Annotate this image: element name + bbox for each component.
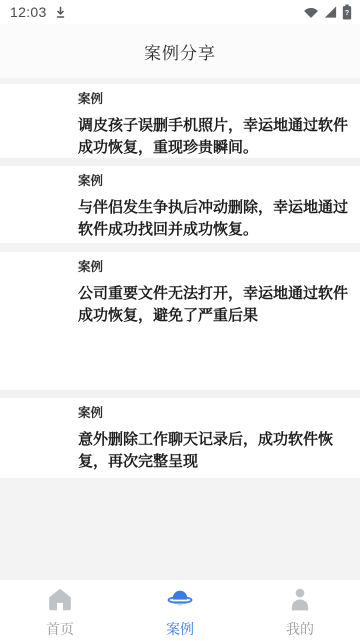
cellular-signal-icon [323, 5, 338, 19]
tab-mine-label: 我的 [286, 619, 314, 639]
case-card[interactable]: 案例 与伴侣发生争执后冲动删除，幸运地通过软件成功找回并成功恢复。 [0, 166, 360, 243]
tab-home[interactable]: 首页 [0, 580, 120, 641]
case-card[interactable]: 案例 调皮孩子误删手机照片，幸运地通过软件成功恢复，重现珍贵瞬间。 [0, 84, 360, 158]
download-icon [54, 6, 67, 19]
user-icon [287, 587, 313, 616]
status-bar: 12:03 ? [0, 0, 360, 24]
home-icon [47, 587, 73, 616]
case-label: 案例 [78, 406, 350, 421]
case-text: 公司重要文件无法打开，幸运地通过软件成功恢复，避免了严重后果 [78, 283, 350, 327]
divider [0, 243, 360, 252]
battery-icon: ? [342, 4, 352, 20]
tab-cases[interactable]: 案例 [120, 580, 240, 641]
clock: 12:03 [10, 4, 47, 20]
planet-icon [167, 587, 193, 616]
tab-mine[interactable]: 我的 [240, 580, 360, 641]
page-title: 案例分享 [144, 39, 216, 64]
divider [0, 390, 360, 398]
list-end-background [0, 478, 360, 580]
case-card[interactable]: 案例 公司重要文件无法打开，幸运地通过软件成功恢复，避免了严重后果 [0, 252, 360, 390]
wifi-icon [303, 5, 319, 19]
case-label: 案例 [78, 260, 350, 275]
tab-cases-label: 案例 [166, 619, 194, 639]
case-text: 调皮孩子误删手机照片，幸运地通过软件成功恢复，重现珍贵瞬间。 [78, 115, 350, 159]
case-text: 与伴侣发生争执后冲动删除，幸运地通过软件成功找回并成功恢复。 [78, 197, 350, 241]
case-card[interactable]: 案例 意外删除工作聊天记录后，成功软件恢复，再次完整呈现 [0, 398, 360, 478]
case-label: 案例 [78, 174, 350, 189]
case-text: 意外删除工作聊天记录后，成功软件恢复，再次完整呈现 [78, 429, 350, 473]
bottom-tab-bar: 首页 案例 我的 [0, 580, 360, 641]
svg-text:?: ? [345, 9, 349, 17]
tab-home-label: 首页 [46, 619, 74, 639]
divider [0, 158, 360, 166]
app-bar: 案例分享 [0, 24, 360, 78]
case-label: 案例 [78, 92, 350, 107]
